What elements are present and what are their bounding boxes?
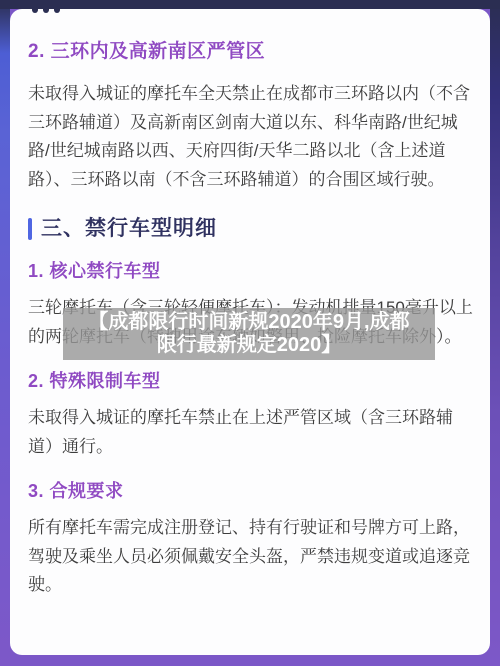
special-restricted-heading: 2. 特殊限制车型 — [28, 370, 473, 392]
strict-zone-heading: 2. 三环内及高新南区严管区 — [28, 40, 473, 64]
special-restricted-body: 未取得入城证的摩托车禁止在上述严管区域（含三环路辅道）通行。 — [28, 404, 473, 461]
top-bar — [0, 0, 500, 9]
dot-icon — [32, 9, 38, 13]
core-banned-heading: 1. 核心禁行车型 — [28, 260, 473, 282]
compliance-heading: 3. 合规要求 — [28, 480, 473, 502]
section-title-text: 三、禁行车型明细 — [41, 216, 217, 242]
compliance-body: 所有摩托车需完成注册登记、持有行驶证和号牌方可上路，驾驶及乘坐人员必须佩戴安全头… — [28, 514, 473, 600]
page: 2. 三环内及高新南区严管区 未取得入城证的摩托车全天禁止在成都市三环路以内（不… — [0, 0, 500, 666]
strict-zone-body: 未取得入城证的摩托车全天禁止在成都市三环路以内（不含三环路辅道）及高新南区剑南大… — [28, 80, 473, 194]
dot-icon — [54, 9, 60, 13]
watermark-overlay: 【成都限行时间新规2020年9月,成都 限行最新规定2020】 — [63, 308, 435, 360]
section-title: 三、禁行车型明细 — [28, 216, 473, 242]
dot-icon — [43, 9, 49, 13]
left-accent-bar — [0, 0, 10, 666]
watermark-line1: 【成都限行时间新规2020年9月,成都 — [63, 311, 435, 334]
watermark-line2: 限行最新规定2020】 — [63, 334, 435, 357]
bottom-accent-bar — [0, 655, 500, 666]
section-accent-bar-icon — [28, 218, 32, 240]
card-top-dots-icon — [32, 9, 60, 13]
right-accent-bar — [490, 0, 500, 666]
